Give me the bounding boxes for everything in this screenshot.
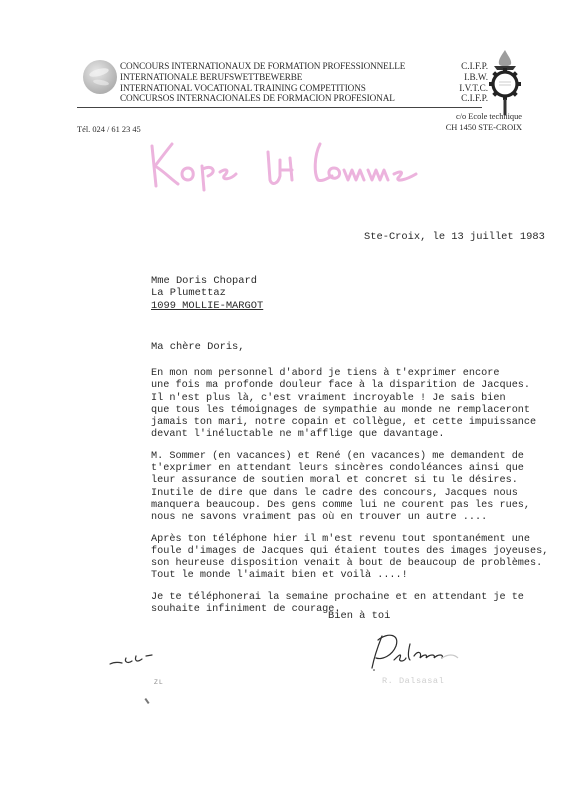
text-line: En mon nom personnel d'abord je tiens à … bbox=[151, 368, 541, 380]
text-line: Inutile de dire que dans le cadre des co… bbox=[151, 488, 541, 500]
text-line: Je te téléphonerai la semaine prochaine … bbox=[151, 592, 541, 604]
text-line: une fois ma profonde douleur face à la d… bbox=[151, 380, 541, 392]
abbr-de: I.B.W. bbox=[440, 72, 488, 83]
abbr-fr: C.I.F.P. bbox=[440, 61, 488, 72]
margin-scribble bbox=[108, 652, 158, 668]
recipient-address: Mme Doris Chopard La Plumettaz 1099 MOLL… bbox=[151, 275, 263, 312]
text-line: M. Sommer (en vacances) et René (en vaca… bbox=[151, 451, 541, 463]
letter-body: En mon nom personnel d'abord je tiens à … bbox=[151, 368, 541, 625]
recipient-name: Mme Doris Chopard bbox=[151, 275, 263, 287]
place-and-date: Ste-Croix, le 13 juillet 1983 bbox=[364, 231, 545, 243]
organization-abbreviations: C.I.F.P. I.B.W. I.V.T.C. C.I.F.P. bbox=[440, 61, 488, 104]
recipient-street: La Plumettaz bbox=[151, 287, 263, 299]
text-line: Il n'est plus là, c'est vraiment incroya… bbox=[151, 393, 541, 405]
org-name-es: CONCURSOS INTERNACIONALES DE FORMACION P… bbox=[120, 93, 405, 104]
sender-address: c/o Ecole technique CH 1450 STE-CROIX bbox=[446, 112, 522, 133]
text-line: que tous les témoignages de sympathie au… bbox=[151, 405, 541, 417]
text-line: son heureuse disposition venait à bout d… bbox=[151, 558, 541, 570]
org-name-en: INTERNATIONAL VOCATIONAL TRAINING COMPET… bbox=[120, 83, 405, 94]
abbr-es: C.I.F.P. bbox=[440, 93, 488, 104]
paragraph-2: M. Sommer (en vacances) et René (en vaca… bbox=[151, 451, 541, 525]
globe-logo-icon bbox=[83, 60, 117, 94]
sender-address-line-1: c/o Ecole technique bbox=[446, 112, 522, 123]
typed-signer-name: R. Dalsasal bbox=[382, 676, 444, 686]
text-line: jamais ton mari, notre copain et collègu… bbox=[151, 417, 541, 429]
closing: Bien à toi bbox=[328, 610, 390, 622]
text-line: manquera beaucoup. Des gens comme lui ne… bbox=[151, 500, 541, 512]
text-line: nous ne savons vraiment pas où en trouve… bbox=[151, 512, 541, 524]
handwritten-copy-note: Kopie U. Lomme bbox=[142, 136, 422, 192]
margin-tick-mark bbox=[144, 698, 149, 704]
text-line: t'exprimer en attendant leurs sincères c… bbox=[151, 463, 541, 475]
text-line: leur assurance de soutien moral et concr… bbox=[151, 475, 541, 487]
handwritten-signature bbox=[368, 628, 463, 673]
text-line: Après ton téléphone hier il m'est revenu… bbox=[151, 534, 541, 546]
margin-initials: ZL bbox=[154, 679, 164, 686]
org-name-fr: CONCOURS INTERNATIONAUX DE FORMATION PRO… bbox=[120, 61, 405, 72]
organization-names: CONCOURS INTERNATIONAUX DE FORMATION PRO… bbox=[120, 61, 405, 104]
abbr-en: I.V.T.C. bbox=[440, 83, 488, 94]
text-line: foule d'images de Jacques qui étaient to… bbox=[151, 546, 541, 558]
telephone-number: Tél. 024 / 61 23 45 bbox=[77, 125, 141, 134]
recipient-city: 1099 MOLLIE-MARGOT bbox=[151, 300, 263, 312]
sender-address-line-2: CH 1450 STE-CROIX bbox=[446, 123, 522, 134]
letterhead-divider bbox=[77, 107, 482, 108]
text-line: Tout le monde l'aimait bien et voilà ...… bbox=[151, 570, 541, 582]
paragraph-3: Après ton téléphone hier il m'est revenu… bbox=[151, 534, 541, 583]
org-name-de: INTERNATIONALE BERUFSWETTBEWERBE bbox=[120, 72, 405, 83]
salutation: Ma chère Doris, bbox=[151, 341, 245, 353]
paragraph-1: En mon nom personnel d'abord je tiens à … bbox=[151, 368, 541, 442]
torch-gear-emblem-icon bbox=[485, 48, 525, 116]
text-line: devant l'inéluctable ne m'afflige que da… bbox=[151, 429, 541, 441]
